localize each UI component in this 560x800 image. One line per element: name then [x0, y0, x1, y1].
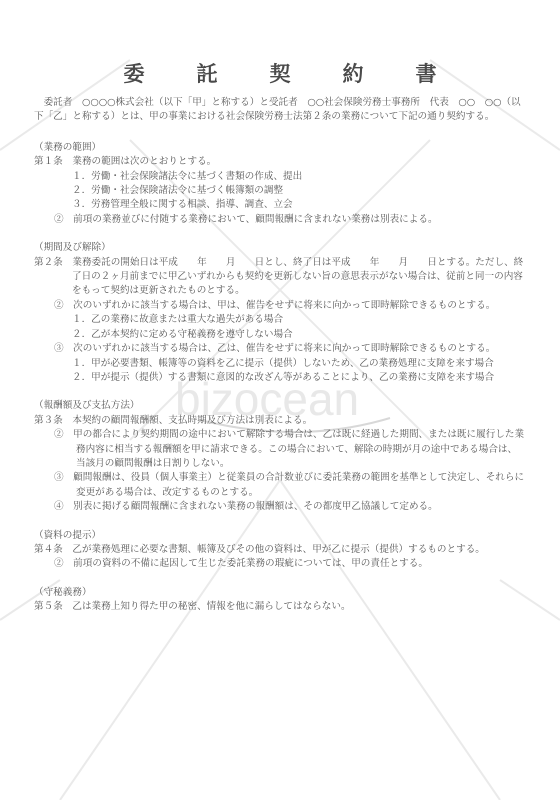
section-heading: （守秘義務）	[34, 586, 526, 600]
paragraph-item: ② 甲の都合により契約期間の途中において解除する場合は、乙は既に経過した期間、ま…	[34, 428, 526, 471]
article-text: 第２条 業務委託の開始日は平成 年 月 日とし、終了日は平成 年 月 日とする。…	[34, 256, 526, 299]
list-item: ２．乙が本契約に定める守秘義務を遵守しない場合	[34, 328, 526, 342]
article-section: （報酬額及び支払方法）第３条 本契約の顧問報酬額、支払時期及び方法は別表による。…	[34, 399, 526, 514]
section-heading: （業務の範囲）	[34, 141, 526, 155]
title-char: 託	[197, 58, 218, 88]
paragraph-item: ③ 次のいずれかに該当する場合は、乙は、催告をせずに将来に向かって即時解除できる…	[34, 342, 526, 356]
article-section: （期間及び解除）第２条 業務委託の開始日は平成 年 月 日とし、終了日は平成 年…	[34, 241, 526, 385]
paragraph-item: ④ 別表に掲げる顧問報酬に含まれない業務の報酬額は、その都度甲乙協議して定める。	[34, 500, 526, 514]
title-char: 契	[270, 58, 291, 88]
list-item: １．労働・社会保険諸法令に基づく書類の作成、提出	[34, 170, 526, 184]
paragraph-item: ② 次のいずれかに該当する場合は、甲は、催告をせずに将来に向かって即時解除できる…	[34, 299, 526, 313]
title-char: 書	[416, 58, 437, 88]
list-item: ２．労働・社会保険諸法令に基づく帳簿類の調整	[34, 184, 526, 198]
document-title: 委託契約書	[0, 58, 560, 88]
article-text: 第３条 本契約の顧問報酬額、支払時期及び方法は別表による。	[34, 414, 526, 428]
paragraph-item: ③ 顧問報酬は、役員（個人事業主）と従業員の合計数並びに委託業務の範囲を基準とし…	[34, 471, 526, 500]
section-heading: （期間及び解除）	[34, 241, 526, 255]
document-body: 委託者 ○○○○株式会社（以下「甲」と称する）と受託者 ○○社会保険労務士事務所…	[34, 96, 526, 619]
article-text: 第１条 業務の範囲は次のとおりとする。	[34, 155, 526, 169]
article-section: （守秘義務）第５条 乙は業務上知り得た甲の秘密、情報を他に漏らしてはならない。	[34, 586, 526, 615]
section-heading: （資料の提示）	[34, 529, 526, 543]
list-item: ３．労務管理全般に関する相談、指導、調査、立会	[34, 198, 526, 212]
section-heading: （報酬額及び支払方法）	[34, 399, 526, 413]
paragraph-item: ② 前項の業務並びに付随する業務において、顧問報酬に含まれない業務は別表による。	[34, 213, 526, 227]
article-section: （業務の範囲）第１条 業務の範囲は次のとおりとする。１．労働・社会保険諸法令に基…	[34, 141, 526, 227]
paragraph-item: ② 前項の資料の不備に起因して生じた委託業務の瑕疵については、甲の責任とする。	[34, 557, 526, 571]
sections: （業務の範囲）第１条 業務の範囲は次のとおりとする。１．労働・社会保険諸法令に基…	[34, 141, 526, 615]
article-text: 第４条 乙が業務処理に必要な書類、帳簿及びその他の資料は、甲が乙に提示（提供）す…	[34, 543, 526, 557]
title-char: 委	[124, 58, 145, 88]
article-text: 第５条 乙は業務上知り得た甲の秘密、情報を他に漏らしてはならない。	[34, 600, 526, 614]
preamble: 委託者 ○○○○株式会社（以下「甲」と称する）と受託者 ○○社会保険労務士事務所…	[34, 96, 526, 125]
list-item: １．甲が必要書類、帳簿等の資料を乙に提示（提供）しないため、乙の業務処理に支障を…	[34, 357, 526, 371]
article-section: （資料の提示）第４条 乙が業務処理に必要な書類、帳簿及びその他の資料は、甲が乙に…	[34, 529, 526, 572]
title-char: 約	[343, 58, 364, 88]
list-item: １．乙の業務に故意または重大な過失がある場合	[34, 313, 526, 327]
list-item: ２．甲が提示（提供）する書類に意図的な改ざん等があることにより、乙の業務に支障を…	[34, 371, 526, 385]
